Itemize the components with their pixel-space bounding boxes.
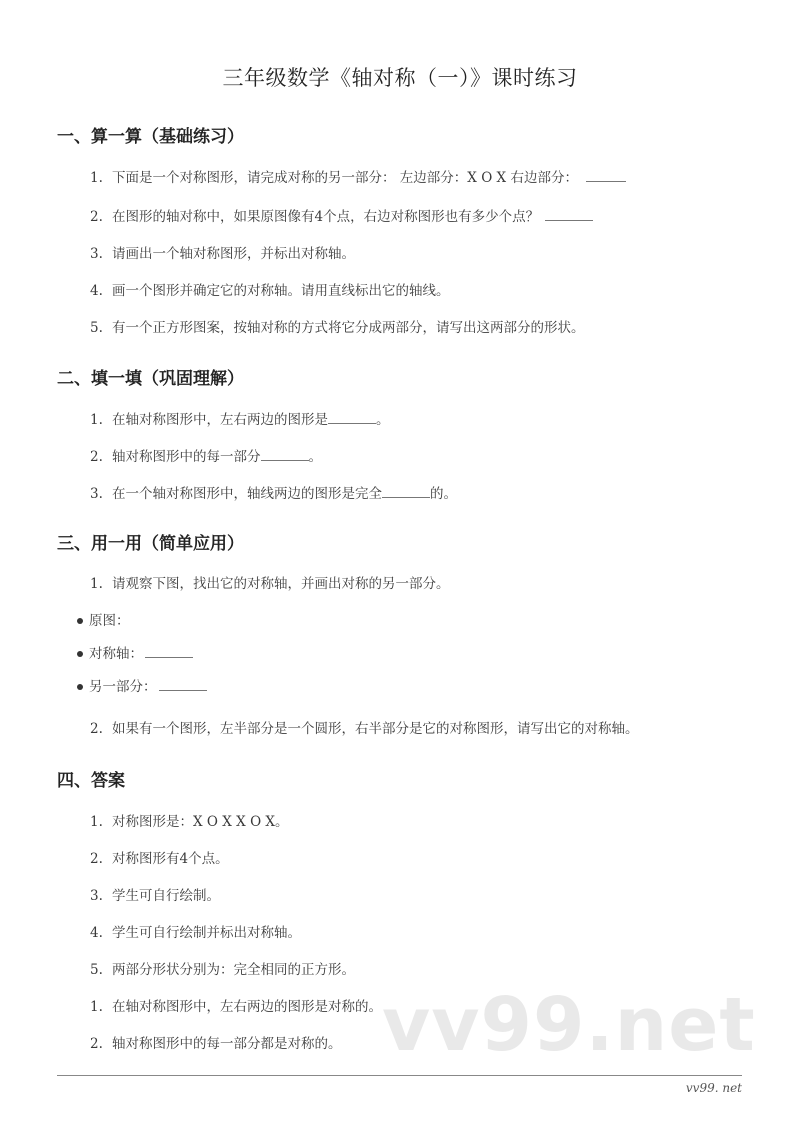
answer-number: 2.: [90, 1036, 112, 1052]
bullet-other-part: 另一部分：: [77, 675, 207, 695]
bullet-label: 另一部分：: [89, 679, 157, 695]
answer-blank[interactable]: [586, 169, 626, 182]
answer-number: 1.: [90, 814, 112, 830]
question-1-5: 5.有一个正方形图案，按轴对称的方式将它分成两部分，请写出这两部分的形状。: [90, 316, 585, 336]
section-heading-answers: 四、答案: [57, 766, 125, 791]
question-number: 2.: [90, 209, 112, 225]
bullet-icon: [77, 618, 83, 624]
bullet-original-figure: 原图：: [77, 609, 130, 629]
question-text: 画一个图形并确定它的对称轴。请用直线标出它的轴线。: [112, 283, 450, 299]
answer-number: 4.: [90, 925, 112, 941]
bullet-symmetry-axis: 对称轴：: [77, 642, 193, 662]
answer-text: 学生可自行绘制并标出对称轴。: [112, 925, 301, 941]
question-text: 如果有一个图形，左半部分是一个圆形，右半部分是它的对称图形，请写出它的对称轴。: [112, 721, 639, 737]
question-text: 在图形的轴对称中，如果原图像有4个点，右边对称图形也有多少个点？: [112, 209, 539, 225]
answer-1: 1.对称图形是：X O X X O X。: [90, 810, 289, 830]
question-number: 3.: [90, 486, 112, 502]
answer-fill-2: 2.轴对称图形中的每一部分都是对称的。: [90, 1032, 342, 1052]
question-text: 轴对称图形中的每一部分: [112, 449, 261, 465]
section-heading-basic-practice: 一、算一算（基础练习）: [57, 122, 244, 147]
answer-3: 3.学生可自行绘制。: [90, 884, 220, 904]
question-number: 1.: [90, 576, 112, 592]
answer-number: 2.: [90, 851, 112, 867]
question-1-4: 4.画一个图形并确定它的对称轴。请用直线标出它的轴线。: [90, 279, 450, 299]
question-text: 有一个正方形图案，按轴对称的方式将它分成两部分，请写出这两部分的形状。: [112, 320, 585, 336]
answer-text: 对称图形有4个点。: [112, 851, 229, 867]
question-number: 4.: [90, 283, 112, 299]
question-1-1: 1.下面是一个对称图形，请完成对称的另一部分： 左边部分：X O X 右边部分：: [90, 166, 626, 186]
answer-text: 轴对称图形中的每一部分都是对称的。: [112, 1036, 342, 1052]
question-text: 请画出一个轴对称图形，并标出对称轴。: [112, 246, 355, 262]
watermark: vv99.net: [382, 982, 756, 1068]
bullet-label: 原图：: [89, 613, 130, 629]
question-3-1: 1.请观察下图，找出它的对称轴，并画出对称的另一部分。: [90, 572, 450, 592]
footer-site-label: vv99. net: [600, 1081, 742, 1095]
question-text: 在一个轴对称图形中，轴线两边的图形是完全: [112, 486, 382, 502]
answer-number: 5.: [90, 962, 112, 978]
answer-blank[interactable]: [545, 208, 593, 221]
answer-blank[interactable]: [159, 678, 207, 691]
answer-text: 在轴对称图形中，左右两边的图形是对称的。: [112, 999, 382, 1015]
question-number: 5.: [90, 320, 112, 336]
bullet-label: 对称轴：: [89, 646, 143, 662]
question-text: 请观察下图，找出它的对称轴，并画出对称的另一部分。: [112, 576, 450, 592]
answer-number: 1.: [90, 999, 112, 1015]
answer-blank[interactable]: [145, 645, 193, 658]
question-text-end: 的。: [430, 486, 457, 502]
answer-number: 3.: [90, 888, 112, 904]
answer-blank[interactable]: [382, 485, 430, 498]
answer-text: 学生可自行绘制。: [112, 888, 220, 904]
page-title: 三年级数学《轴对称（一）》课时练习: [0, 62, 800, 92]
question-1-3: 3.请画出一个轴对称图形，并标出对称轴。: [90, 242, 355, 262]
answer-text: 两部分形状分别为：完全相同的正方形。: [112, 962, 355, 978]
question-3-2: 2.如果有一个图形，左半部分是一个圆形，右半部分是它的对称图形，请写出它的对称轴…: [90, 717, 639, 737]
question-number: 3.: [90, 246, 112, 262]
question-2-2: 2.轴对称图形中的每一部分。: [90, 445, 322, 465]
answer-fill-1: 1.在轴对称图形中，左右两边的图形是对称的。: [90, 995, 382, 1015]
question-text-end: 。: [376, 412, 390, 428]
answer-5: 5.两部分形状分别为：完全相同的正方形。: [90, 958, 355, 978]
section-heading-consolidation: 二、填一填（巩固理解）: [57, 364, 244, 389]
question-number: 2.: [90, 721, 112, 737]
answer-2: 2.对称图形有4个点。: [90, 847, 229, 867]
question-number: 1.: [90, 170, 112, 186]
answer-blank[interactable]: [328, 411, 376, 424]
question-2-3: 3.在一个轴对称图形中，轴线两边的图形是完全的。: [90, 482, 457, 502]
question-2-1: 1.在轴对称图形中，左右两边的图形是。: [90, 408, 390, 428]
question-text-end: 。: [309, 449, 323, 465]
question-text: 在轴对称图形中，左右两边的图形是: [112, 412, 328, 428]
question-text: 下面是一个对称图形，请完成对称的另一部分： 左边部分：X O X 右边部分：: [112, 170, 578, 186]
bullet-icon: [77, 651, 83, 657]
answer-text: 对称图形是：X O X X O X。: [112, 814, 289, 830]
answer-4: 4.学生可自行绘制并标出对称轴。: [90, 921, 301, 941]
bullet-icon: [77, 684, 83, 690]
section-heading-application: 三、用一用（简单应用）: [57, 529, 244, 554]
question-1-2: 2.在图形的轴对称中，如果原图像有4个点，右边对称图形也有多少个点？: [90, 205, 593, 225]
question-number: 2.: [90, 449, 112, 465]
footer-divider: [57, 1075, 742, 1076]
answer-blank[interactable]: [261, 448, 309, 461]
question-number: 1.: [90, 412, 112, 428]
